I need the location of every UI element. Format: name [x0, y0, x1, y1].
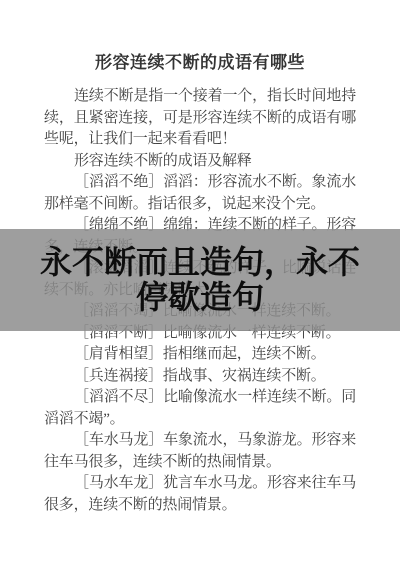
page-title: 形容连续不断的成语有哪些 [44, 48, 356, 73]
caption-overlay-band: 永不断而且造句，永不 停歇造句 [0, 229, 400, 331]
overlay-title-line1: 永不断而且造句，永不 [40, 245, 360, 280]
idiom-entry: ［马水车龙］犹言车水马龙。形容来往车马很多，连续不断的热闹情景。 [44, 473, 356, 516]
section-heading: 形容连续不断的成语及解释 [44, 151, 356, 173]
idiom-entry: ［车水马龙］车象流水，马象游龙。形容来往车马很多，连续不断的热闹情景。 [44, 430, 356, 473]
idiom-entry: ［肩背相望］指相继而起，连续不断。 [44, 344, 356, 366]
overlay-title: 永不断而且造句，永不 停歇造句 [40, 245, 360, 315]
overlay-title-line2: 停歇造句 [40, 280, 360, 315]
article-page: 形容连续不断的成语有哪些 连续不断是指一个接着一个，指长时间地持续，且紧密连接，… [0, 0, 400, 566]
intro-paragraph: 连续不断是指一个接着一个，指长时间地持续，且紧密连接，可是形容连续不断的成语有哪… [44, 86, 356, 151]
idiom-entry: ［滔滔不绝］滔滔：形容流水不断。象流水那样毫不间断。指话很多，说起来没个完。 [44, 172, 356, 215]
idiom-entry: ［滔滔不尽］比喻像流水一样连续不断。同 滔滔不竭”。 [44, 387, 356, 430]
idiom-entry: ［兵连祸接］指战事、灾祸连续不断。 [44, 366, 356, 388]
